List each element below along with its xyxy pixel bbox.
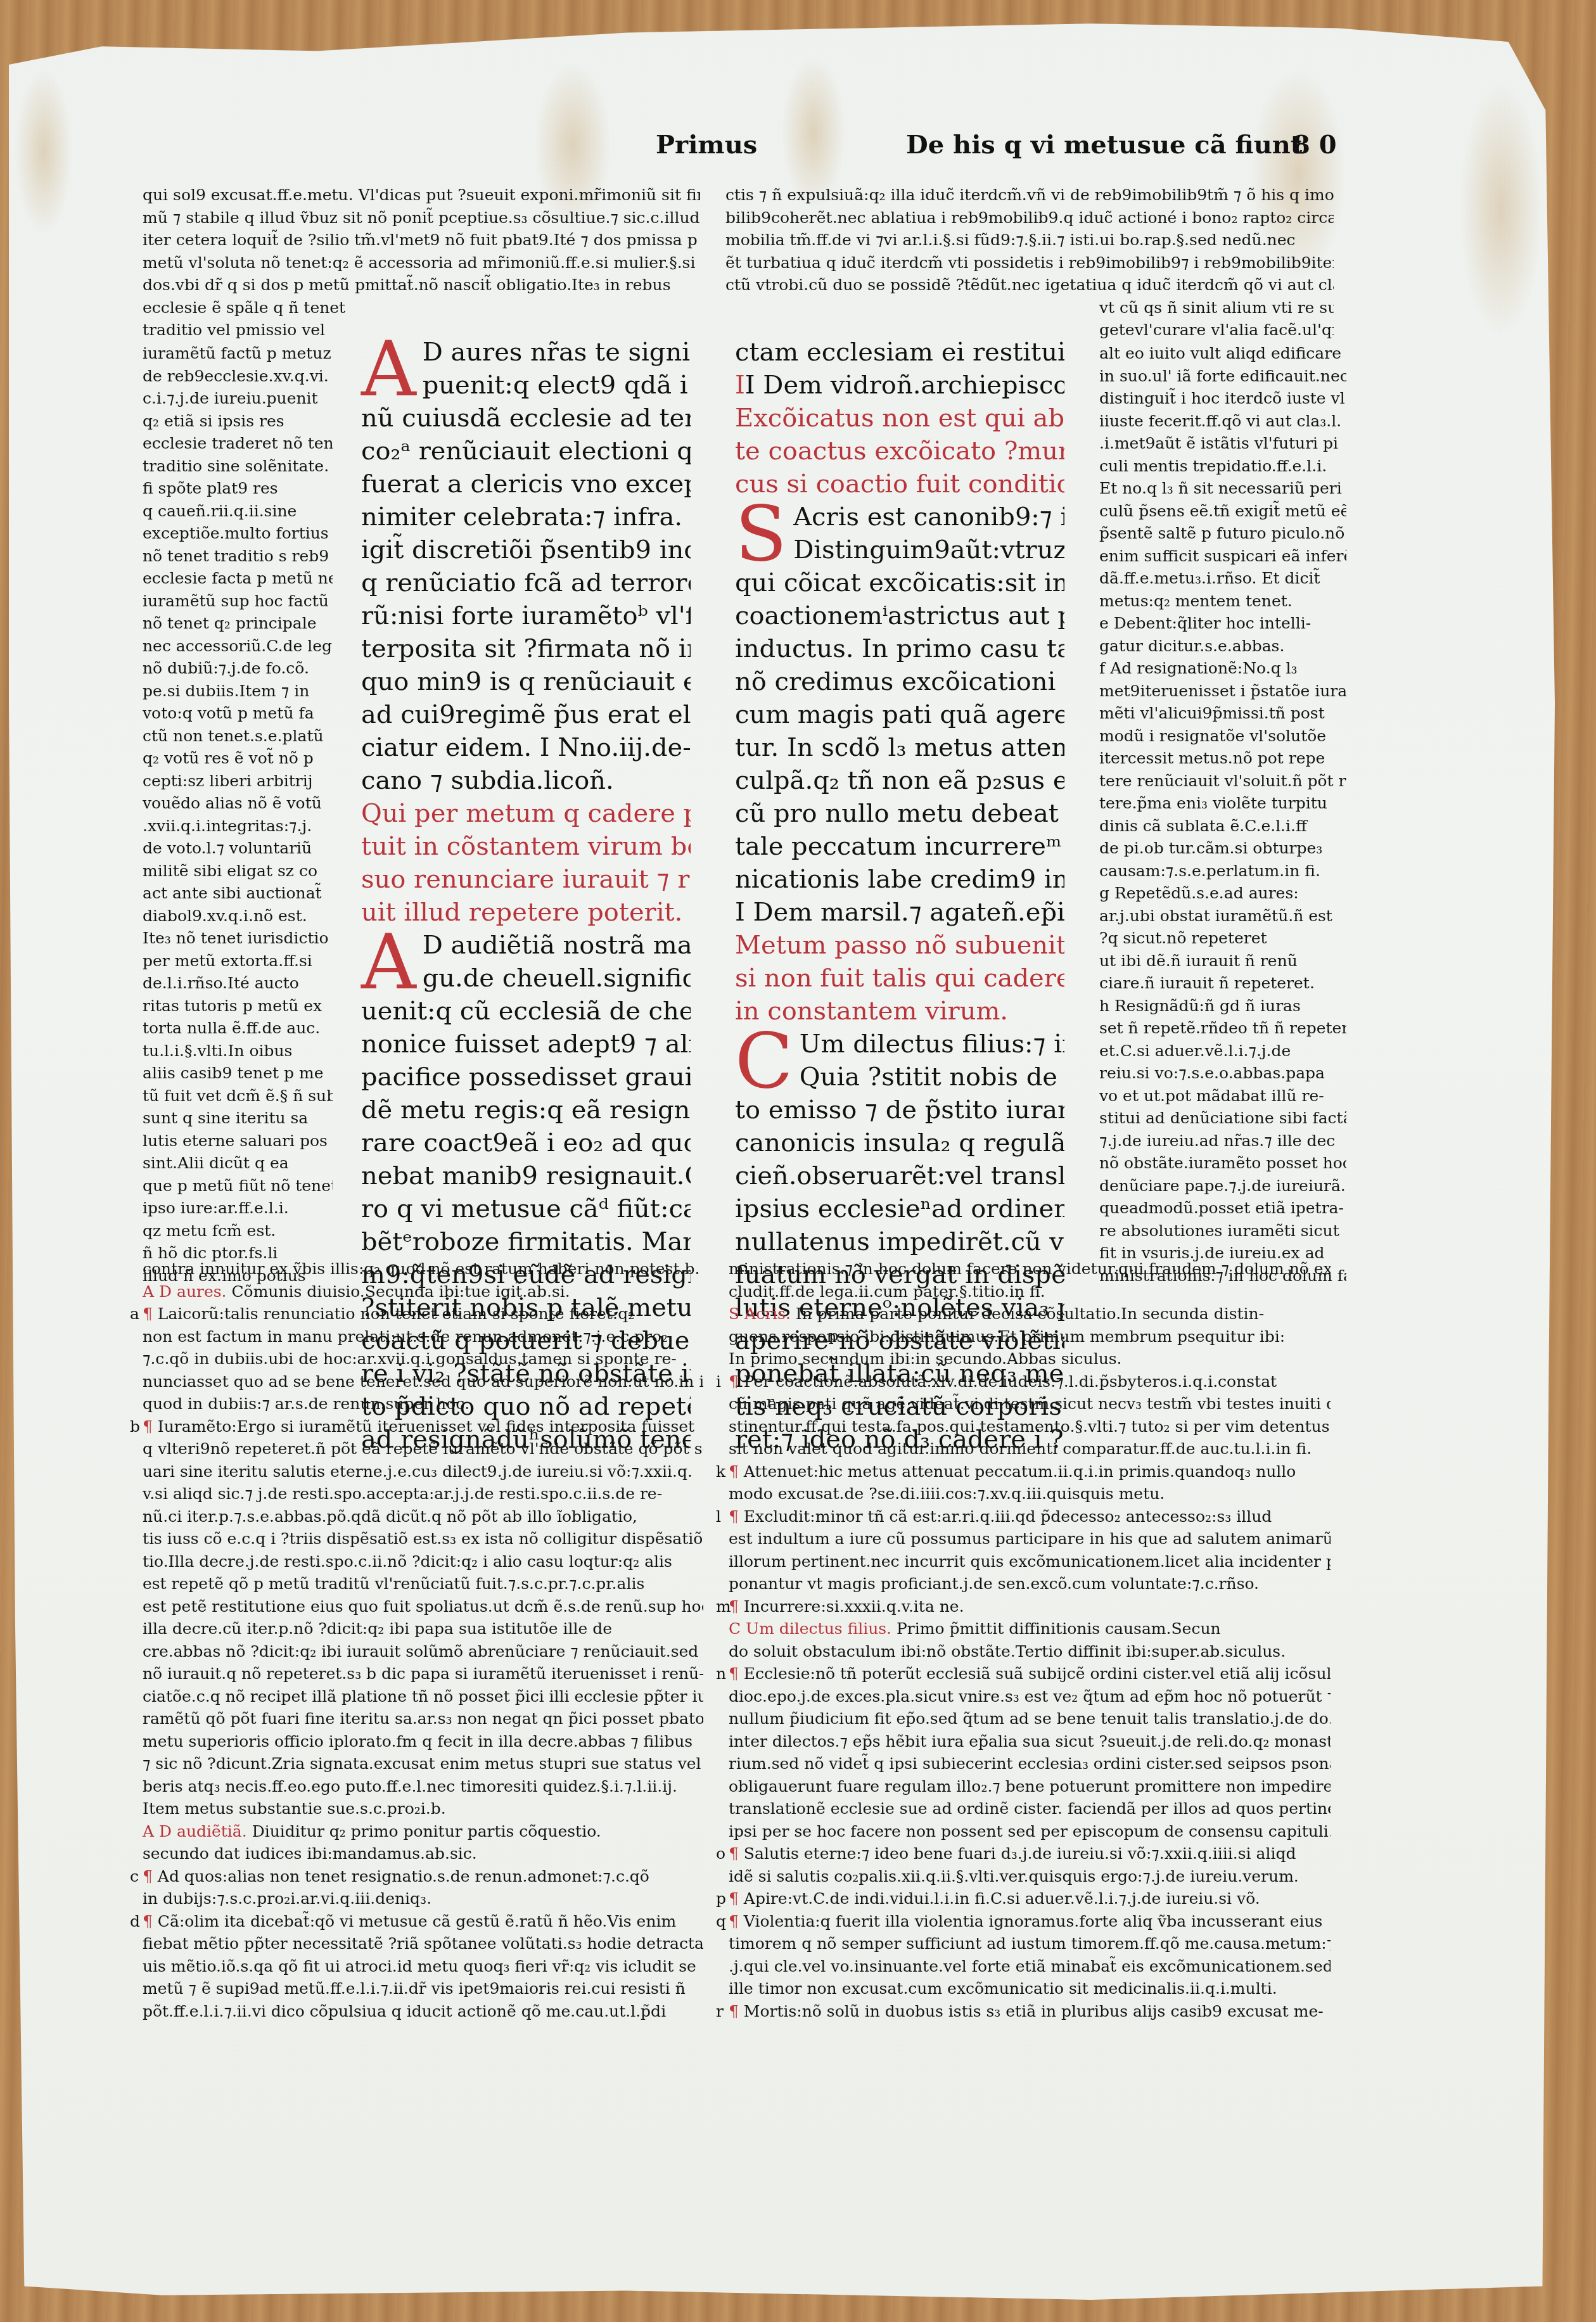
gloss-line: In primo secundum ibi:in secundo.Abbas s… — [716, 1348, 1331, 1370]
gloss-text: Ecclesie:nõ tñ poterũt ecclesiã suã subi… — [744, 1664, 1331, 1683]
gloss-line: illa decre.cũ iter.p.nõ ?dicit:q₂ ibi pa… — [130, 1617, 703, 1640]
text-line: de voto.l.⁊ voluntariũ — [143, 837, 333, 860]
text-line: terposita sit ?firmata nõ impedit — [361, 632, 691, 665]
gloss-line: A D audiẽtiã. Diuiditur q₂ primo ponitur… — [130, 1820, 703, 1843]
section-ad-aures: A D aures nr̃as te significãtepuenit:q e… — [361, 336, 691, 797]
gloss-line: contra innuitur ex ṽbis illis:q₂ quod nõ… — [130, 1258, 703, 1280]
pilcrow-icon: ¶ — [729, 2002, 744, 2020]
gloss-line: ponantur vt magis proficiant.j.de sen.ex… — [716, 1572, 1331, 1595]
text-line: tere.p̃ma eni₃ violẽte turpitu — [1099, 792, 1346, 815]
text-line: de pi.ob tur.cãm.si obturpe₃ — [1099, 837, 1346, 860]
text-line: nullatenus impedirẽt.cũ vtrunq₃ — [735, 1225, 1064, 1258]
text-line: ecclesie traderet nõ tenet — [143, 432, 333, 455]
text-line: cieñ.obseruarẽt:vel translationẽ — [735, 1159, 1064, 1192]
gloss-marker: d — [130, 1910, 143, 1933]
gloss-line: nullum p̃iudicium fit ep̃o.sed q̃tum ad … — [716, 1707, 1331, 1730]
running-head-left: Primus — [656, 130, 757, 160]
text-line: in suo.ul' iã forte edificauit.nec — [1099, 365, 1346, 388]
rubric-heading: Metum passo nõ subuenitursi non fuit tal… — [735, 929, 1064, 1028]
text-line: nebat manib9 resignauit.Q₂ ve- — [361, 1159, 691, 1192]
gloss-line: o¶ Salutis eterne:⁊ ideo bene fuari d₃.j… — [716, 1842, 1331, 1865]
gloss-line: .j.qui cle.vel vo.insinuante.vel forte e… — [716, 1955, 1331, 1978]
gloss-text: est indultum a iure cũ possumus particip… — [729, 1529, 1331, 1548]
gloss-text: Excludit:minor tñ cã est:ar.ri.q.iii.qd … — [744, 1507, 1272, 1526]
text-line: inductus. In primo casu talem — [735, 632, 1064, 665]
text-line: q₂ votũ res ẽ vot̃ nõ p — [143, 747, 333, 770]
pilcrow-icon: ¶ — [729, 1844, 744, 1863]
text-line: nicationis labe credim9 inqnari. — [735, 863, 1064, 896]
gloss-line: tis iuss cõ e.c.q i ?triis dispẽsatiõ es… — [130, 1528, 703, 1550]
text-line: D audiẽtiã nostrã magistro — [423, 929, 691, 962]
gloss-marker: o — [716, 1842, 729, 1865]
text-line: pacifice possedisset grauissimo tã — [361, 1061, 691, 1094]
rubricated-initial: S — [735, 503, 787, 566]
gloss-marker: b — [130, 1415, 143, 1438]
text-line: dã.ff.e.metu₃.i.rñso. Et dicit̃ — [1099, 567, 1346, 590]
text-line: cano ⁊ subdia.licoñ. — [361, 764, 691, 797]
gloss-line: ctis ⁊ ñ expulsiuã:q₂ illa iduc̃ iterdcm… — [725, 184, 1334, 207]
gloss-top-left: qui sol9 excusat.ff.e.metu. Vl'dicas put… — [143, 184, 700, 341]
gloss-line: iter cetera loquit̃ de ?silio tm̃.vl'met… — [143, 229, 700, 252]
text-line: nimiter celebrata:⁊ infra. Tue — [361, 501, 691, 533]
text-line: suo renunciare iurauit ⁊ renũcia- — [361, 863, 691, 896]
gloss-marker: l — [716, 1505, 729, 1528]
gloss-text: timorem q nõ semper sufficiunt ad iustum… — [729, 1934, 1331, 1953]
text-line: ciare.ñ iurauit ñ repeteret. — [1099, 972, 1346, 995]
gloss-line: ciatõe.c.q nõ recipet illã platione tñ n… — [130, 1685, 703, 1708]
gloss-text: Item metus substantie sue.s.c.pro₂i.b. — [143, 1799, 446, 1818]
text-line: g Repetẽdũ.s.e.ad aures: — [1099, 882, 1346, 905]
gloss-text: nõ iurauit.q nõ repeteret.s₃ b dic papa … — [143, 1664, 703, 1683]
gloss-line: rium.sed nõ videt̃ q ipsi subiecerint ec… — [716, 1752, 1331, 1775]
gloss-text: cludit.ff.de lega.ii.cum pater.§.titio.i… — [729, 1282, 1045, 1301]
text-line: fi spõte plat9 res — [143, 477, 333, 500]
gloss-line: metu superioris officio iplorato.fm q fe… — [130, 1730, 703, 1753]
gloss-text: ponantur vt magis proficiant.j.de sen.ex… — [729, 1574, 1259, 1593]
text-line: de reb9ecclesie.xv.q.vi. — [143, 365, 333, 388]
text-line: nõ tenet q₂ principale — [143, 612, 333, 635]
text-line: canonicis insula₂ q regulã cister — [735, 1126, 1064, 1159]
text-line: p̃sentẽ saltẽ p futuro piculo.nõ — [1099, 522, 1346, 545]
gloss-line: uari sine iteritu salutis eterne.j.e.cu₃… — [130, 1460, 703, 1483]
gloss-line: inter dilectos.⁊ ep̃s hẽbit iura ep̃alia… — [716, 1730, 1331, 1753]
gloss-line: i¶ Per coactionẽ:absolutã.xlv.di.de iude… — [716, 1370, 1331, 1393]
text-line: itercessit metus.nõ pot repe — [1099, 747, 1346, 770]
text-line: iuramẽtũ sup hoc factũ — [143, 590, 333, 613]
gloss-line: in dubijs:⁊.s.c.pro₂i.ar.vi.q.iii.deniq₃… — [130, 1887, 703, 1910]
text-line: e Debent:q̃liter hoc intelli- — [1099, 612, 1346, 635]
gloss-line: cũ magis pati quã agẽ videat̃.vi.di.test… — [716, 1393, 1331, 1415]
rubricated-initial: A — [361, 931, 416, 995]
gloss-text: Laicorũ:talis renunciatio non tenet etia… — [158, 1305, 634, 1323]
text-line: set ñ repetẽ.rñdeo tñ ñ repeter. — [1099, 1017, 1346, 1040]
gloss-text: do soluit obstaculum ibi:nõ obstãte.Tert… — [729, 1642, 1286, 1661]
text-line: reiu.si vo:⁊.s.e.o.abbas.papa — [1099, 1062, 1346, 1085]
text-line: cũ pro nullo metu debeat qs mo₂ — [735, 797, 1064, 830]
gloss-line: est indultum a iure cũ possumus particip… — [716, 1528, 1331, 1550]
pilcrow-icon: ¶ — [729, 1597, 744, 1616]
text-line: rũ:nisi forte iuramẽtoᵇ vl'fide in- — [361, 599, 691, 632]
text-line: enim sufficit suspicari eã inferẽ- — [1099, 545, 1346, 568]
gloss-marker: a — [130, 1303, 143, 1325]
text-line: Et no.q l₃ ñ sit necessariũ peri — [1099, 477, 1346, 500]
gloss-line: fiebat mẽtio pp̃ter necessitatẽ ?riã spõ… — [130, 1932, 703, 1955]
gloss-text: ipsi per se hoc facere non possent sed p… — [729, 1822, 1331, 1840]
text-line: stitui ad denũciatione sibi factã — [1099, 1107, 1346, 1130]
gloss-line: mũ ⁊ stabile q illud ṽbuz sit nõ ponit̃ … — [143, 207, 700, 229]
text-line: qz metu fcm̃ est. — [143, 1220, 333, 1242]
gloss-line: metũ vl'soluta nõ tenet:q₂ ẽ accessoria … — [143, 252, 700, 274]
gloss-rubric-head: A D aures. — [143, 1282, 231, 1301]
text-line: mẽti vl'alicui9p̃missi.tñ post — [1099, 702, 1346, 725]
text-line: tere renũciauit vl'soluit.ñ põt repe — [1099, 770, 1346, 793]
gloss-text: inter dilectos.⁊ ep̃s hẽbit iura ep̃alia… — [729, 1732, 1331, 1751]
gloss-line: l¶ Excludit:minor tñ cã est:ar.ri.q.iii.… — [716, 1505, 1331, 1528]
gloss-text: Mortis:nõ solũ in duobus istis s₃ etiã i… — [744, 2002, 1324, 2020]
text-line: culpã.q₂ tñ non eã p₂sus excluditˡ — [735, 764, 1064, 797]
text-line: ctam ecclesiam ei restitui faciatis. — [735, 336, 1064, 369]
gloss-line: ⁊.c.qõ in dubiis.ubi de hoc:ar.xvii.q.i.… — [130, 1348, 703, 1370]
text-line: iiuste fecerit.ff.qõ vi aut cla₃.l. — [1099, 410, 1346, 433]
text-line: Qui per metum q cadere po- — [361, 797, 691, 830]
text-line: modũ i resignatõe vl'solutõe — [1099, 725, 1346, 748]
text-line: si non fuit talis qui cadere potuit — [735, 962, 1064, 995]
gloss-text: Ad quos:alias non tenet resignatio.s.de … — [158, 1867, 649, 1885]
text-line: Excõicatus non est qui absolu — [735, 402, 1064, 435]
gloss-line: sit non valet quod agitur.immo dormienti… — [716, 1438, 1331, 1460]
gloss-line: timorem q nõ semper sufficiunt ad iustum… — [716, 1932, 1331, 1955]
text-line: cepti:sz liberi arbitrij — [143, 770, 333, 793]
gloss-line: p¶ Apire:vt.C.de indi.vidui.l.i.in fi.C.… — [716, 1887, 1331, 1910]
gloss-marker: k — [716, 1460, 729, 1483]
gloss-text: idẽ si salutis co₂palis.xii.q.ii.§.vlti.… — [729, 1867, 1299, 1885]
gloss-line: c¶ Ad quos:alias non tenet resignatio.s.… — [130, 1865, 703, 1888]
gloss-text: .j.qui cle.vel vo.insinuante.vel forte e… — [729, 1957, 1331, 1975]
gloss-text: metu superioris officio iplorato.fm q fe… — [143, 1732, 693, 1751]
gloss-line: S Acris. In prima parte ponitur decisa c… — [716, 1303, 1331, 1325]
gloss-line: Item metus substantie sue.s.c.pro₂i.b. — [130, 1797, 703, 1820]
text-line: ad cui9regimẽ p̃us erat elect9:p̃ñ — [361, 698, 691, 731]
gloss-text: ciatõe.c.q nõ recipet illã platione tñ n… — [143, 1687, 703, 1706]
gloss-text: Per coactionẽ:absolutã.xlv.di.de iudeis:… — [744, 1372, 1277, 1391]
gloss-line: do soluit obstaculum ibi:nõ obstãte.Tert… — [716, 1640, 1331, 1663]
gloss-rubric-head: A D audiẽtiã. — [143, 1822, 252, 1840]
gloss-line: ctũ vtrobi.cũ duo se possidẽ ?tẽdũt.nec … — [725, 274, 1334, 297]
gloss-text: nullum p̃iudicium fit ep̃o.sed q̃tum ad … — [729, 1709, 1331, 1728]
gloss-text: q vlteri9nõ repeteret.ñ põt eã repetẽ iu… — [143, 1439, 703, 1458]
text-line: q caueñ.rii.q.ii.sine — [143, 500, 333, 523]
text-line: per metũ extorta.ff.si — [143, 950, 333, 973]
text-line: rare coact9eã i eo₂ ad quosᶜperti — [361, 1126, 691, 1159]
gloss-text: ministrationis.⁊ in hoc dolum facere non… — [729, 1260, 1331, 1278]
text-line: sunt q sine iteritu sa — [143, 1107, 333, 1130]
gloss-text: v.si aliqd sic.⁊ j.de resti.spo.accepta:… — [143, 1484, 662, 1503]
gloss-line: ministrationis.⁊ in hoc dolum facere non… — [716, 1258, 1331, 1280]
gloss-text: Cã:olim ita dicebat̃:qõ vi metusue cã ge… — [158, 1912, 676, 1930]
gloss-line: r¶ Mortis:nõ solũ in duobus istis s₃ eti… — [716, 2000, 1331, 2023]
gloss-line: q vlteri9nõ repeteret.ñ põt eã repetẽ iu… — [130, 1438, 703, 1460]
text-line: ut ibi dẽ.ñ iurauit ñ renũ — [1099, 950, 1346, 973]
text-line: cum magis pati quã agere videa — [735, 698, 1064, 731]
gloss-text: sit non valet quod agitur.immo dormienti… — [729, 1439, 1312, 1458]
gloss-line: n¶ Ecclesie:nõ tñ poterũt ecclesiã suã s… — [716, 1662, 1331, 1685]
text-line: nec accessoriũ.C.de leg. — [143, 635, 333, 658]
gloss-text: cre.abbas nõ ?dicit:q₂ ibi iurauit solũm… — [143, 1642, 698, 1661]
text-line: bẽtᵉroboze firmitatis. Manda — [361, 1225, 691, 1258]
rubric-heading: Excõicatus non est qui absolute coactus … — [735, 402, 1064, 501]
gloss-line: est petẽ restitutione eius quo fuit spol… — [130, 1595, 703, 1618]
gloss-line: quod in dubiis:⁊ ar.s.de renun.super hoc… — [130, 1393, 703, 1415]
gloss-text: nũ.ci iter.p.⁊.s.e.abbas.põ.qdã dicũt.q … — [143, 1507, 637, 1526]
gloss-text: est repetẽ qõ p metũ traditũ vl'renũciat… — [143, 1574, 644, 1593]
text-line: vo et ut.pot mãdabat illũ re- — [1099, 1085, 1346, 1107]
gloss-line: nũ.ci iter.p.⁊.s.e.abbas.põ.qdã dicũt.q … — [130, 1505, 703, 1528]
gloss-line: m¶ Incurrere:si.xxxii.q.v.ita ne. — [716, 1595, 1331, 1618]
gloss-text: quod in dubiis:⁊ ar.s.de renun.super hoc… — [143, 1394, 469, 1413]
text-line: denũciare pape.⁊.j.de iureiurã. — [1099, 1175, 1346, 1197]
text-line: Acris est canonib9:⁊ infra. — [793, 501, 1064, 533]
text-line: aliis casib9 tenet p me — [143, 1062, 333, 1085]
gloss-line: translationẽ ecclesie sue ad ordinẽ cist… — [716, 1797, 1331, 1820]
gloss-line: tio.Illa decre.j.de resti.spo.c.ii.nõ ?d… — [130, 1550, 703, 1573]
gloss-text: ⁊ sic nõ ?dicunt.Zria signata.excusat en… — [143, 1754, 701, 1773]
text-line: metus:q₂ mentem tenet. — [1099, 590, 1346, 613]
pilcrow-icon: ¶ — [143, 1305, 158, 1323]
text-line: culũ p̃sens eẽ.tñ exigit̃ metũ eẽ — [1099, 500, 1346, 523]
gloss-line: ecclesie ẽ spãle q ñ tenet — [143, 297, 700, 319]
gloss-text: est petẽ restitutione eius quo fuit spol… — [143, 1597, 703, 1616]
gloss-line: uis mẽtio.iõ.s.qa qõ fit ui atroci.id me… — [130, 1955, 703, 1978]
text-line: re absolutiones iuramẽti sicut — [1099, 1220, 1346, 1242]
text-line: causam:⁊.s.e.perlatum.in fi. — [1099, 860, 1346, 883]
text-line: ipso iure:ar.ff.e.l.i. — [143, 1197, 333, 1220]
gloss-rubric-head: S Acris. — [729, 1305, 796, 1323]
text-line: tũ fuit vet dcm̃ ẽ.§ ñ sub — [143, 1085, 333, 1107]
pilcrow-icon: ¶ — [729, 1507, 744, 1526]
text-line: in constantem virum. — [735, 995, 1064, 1028]
gloss-left-margin: iuramẽtũ factũ p metuzde reb9ecclesie.xv… — [143, 342, 333, 1287]
text-line: uenit:q cũ ecclesiã de cheuell.ca- — [361, 995, 691, 1028]
gloss-text: secundo dat iudices ibi:mandamus.ab.sic. — [143, 1844, 477, 1863]
pilcrow-icon: ¶ — [729, 1372, 744, 1391]
gloss-line: nõ iurauit.q nõ repeteret.s₃ b dic papa … — [130, 1662, 703, 1685]
text-line: et.C.si aduer.vẽ.l.i.⁊.j.de — [1099, 1040, 1346, 1062]
text-line: ctũ non tenet.s.e.platũ — [143, 725, 333, 748]
gloss-line: cre.abbas nõ ?dicit:q₂ ibi iurauit solũm… — [130, 1640, 703, 1663]
gloss-marker: q — [716, 1910, 729, 1933]
text-line: iuramẽtũ factũ p metuz — [143, 342, 333, 365]
text-line: gu.de cheuell.significante p — [423, 962, 691, 995]
gloss-line: metũ ⁊ ẽ supi9ad metũ.ff.e.l.i.⁊.ii.dr̃ … — [130, 1977, 703, 2000]
gloss-text: Cõmunis diuisio.Secunda ibi:tue igit̃.ab… — [231, 1282, 570, 1301]
gloss-right-margin: alt eo iuito vult aliqd edificarein suo.… — [1099, 342, 1346, 1287]
pilcrow-icon: ¶ — [729, 1462, 744, 1481]
gloss-line: A D aures. Cõmunis diuisio.Secunda ibi:t… — [130, 1280, 703, 1303]
text-line: f Ad resignationẽ:No.q l₃ — [1099, 657, 1346, 680]
text-line: alt eo iuito vult aliqd edificare — [1099, 342, 1346, 365]
gloss-text: guens responsio ibi:distinguimus.Et prim… — [729, 1327, 1285, 1346]
gloss-text: In primo secundum ibi:in secundo.Abbas s… — [729, 1349, 1122, 1368]
gloss-line: q¶ Violentia:q fuerit illa violentia ign… — [716, 1910, 1331, 1933]
text-line: nõ dubiũ:⁊.j.de fo.cõ. — [143, 657, 333, 680]
rubricated-initial: A — [361, 338, 416, 402]
text-line: voto:q votũ p metũ fa — [143, 702, 333, 725]
foxing-stain — [1460, 82, 1542, 336]
text-line: puenit:q elect9 qdã i pleba- — [423, 369, 691, 402]
text-line: nonice fuisset adept9 ⁊ aliquã diu — [361, 1028, 691, 1061]
gloss-text: rium.sed nõ videt̃ q ipsi subiecerint ec… — [729, 1754, 1331, 1773]
gloss-rubric-head: C Um dilectus filius. — [729, 1619, 897, 1638]
gloss-text: metũ ⁊ ẽ supi9ad metũ.ff.e.l.i.⁊.ii.dr̃ … — [143, 1979, 686, 1998]
gloss-text: cũ magis pati quã agẽ videat̃.vi.di.test… — [729, 1394, 1331, 1413]
folio-number: 8 0 — [1293, 130, 1337, 160]
text-line: ro q vi metusue cãᵈ fiũt:carere de — [361, 1192, 691, 1225]
pilcrow-icon: ¶ — [729, 1912, 744, 1930]
text-line: tu.l.i.§.vlti.In oibus — [143, 1040, 333, 1062]
text-line: .i.met9aũt ẽ istãtis vl'futuri pi — [1099, 432, 1346, 455]
text-line: Ite₃ nõ tenet iurisdictio — [143, 927, 333, 950]
text-line: to emisso ⁊ de p̃stito iuramento a — [735, 1094, 1064, 1126]
text-line: uit illud repetere poterit. — [361, 896, 691, 929]
gloss-text: dioc.epo.j.de exces.pla.sicut vnire.s₃ e… — [729, 1687, 1331, 1706]
gloss-line: ipsi per se hoc facere non possent sed p… — [716, 1820, 1331, 1843]
gloss-line: est repetẽ qõ p metũ traditũ vl'renũciat… — [130, 1572, 703, 1595]
section-sacris: S Acris est canonib9:⁊ infra.Distinguim9… — [735, 501, 1064, 896]
gloss-text: modo excusat.de ?se.di.iiii.cos:⁊.xv.q.i… — [729, 1484, 1165, 1503]
pilcrow-icon: ¶ — [143, 1417, 158, 1436]
gloss-text: Attenuet:hic metus attenuat peccatum.ii.… — [744, 1462, 1296, 1481]
pilcrow-icon: ¶ — [143, 1912, 158, 1930]
text-line: coactionemⁱastrictus aut p metuz — [735, 599, 1064, 632]
text-line: fuerat a clericis vno excepto vna — [361, 468, 691, 501]
gloss-text: Violentia:q fuerit illa violentia ignora… — [744, 1912, 1323, 1930]
gloss-bottom-left: contra innuitur ex ṽbis illis:q₂ quod nõ… — [130, 1258, 703, 2022]
gloss-line: secundo dat iudices ibi:mandamus.ab.sic. — [130, 1842, 703, 1865]
gloss-text: Primo p̃mittit diffinitionis causam.Secu… — [897, 1619, 1221, 1638]
gloss-marker: r — [716, 2000, 729, 2023]
gloss-line: stinentur.ff.qui testa.fa.pos.qui testam… — [716, 1415, 1331, 1438]
gloss-marker: i — [716, 1370, 729, 1393]
text-line: met9iteruenisset i p̃statõe iura — [1099, 680, 1346, 703]
gloss-text: uis mẽtio.iõ.s.qa qõ fit ui atroci.id me… — [143, 1957, 696, 1975]
rubricated-initial: C — [735, 1030, 793, 1094]
gloss-text: ille timor non excusat.cum excõmunicatio… — [729, 1979, 1277, 1998]
gloss-line: dos.vbi dr̃ q si dos p metũ pmittat̃.nõ … — [143, 274, 700, 297]
text-line: exceptiõe.multo fortius — [143, 522, 333, 545]
gloss-line: bilib9coherẽt.nec ablatiua i reb9mobilib… — [725, 207, 1334, 229]
gloss-text: in dubijs:⁊.s.c.pro₂i.ar.vi.q.iii.deniq₃… — [143, 1889, 431, 1908]
gloss-line: a¶ Laicorũ:talis renunciatio non tenet e… — [130, 1303, 703, 1325]
text-line: tuit in cõstantem virum beneficio — [361, 830, 691, 863]
text-line: torta nulla ẽ.ff.de auc. — [143, 1017, 333, 1040]
foxing-stain — [15, 70, 72, 234]
gloss-bottom-right: ministrationis.⁊ in hoc dolum facere non… — [716, 1258, 1331, 2022]
text-line: Metum passo nõ subuenitur — [735, 929, 1064, 962]
text-line: q renũciatio fcã ad terrorẽ laico- — [361, 566, 691, 599]
text-line: Distinguim9aũt:vtruz is — [793, 533, 1064, 566]
gloss-line: b¶ Iuramẽto:Ergo si iuramẽtũ iteruenisse… — [130, 1415, 703, 1438]
gloss-line: illorum pertinent.nec incurrit quis excõ… — [716, 1550, 1331, 1573]
gloss-line: põt.ff.e.l.i.⁊.ii.vi dico cõpulsiua q id… — [130, 2000, 703, 2023]
pilcrow-icon: ¶ — [729, 1889, 744, 1908]
text-line: nũ cuiusdã ecclesie ad terrorẽ lai- — [361, 402, 691, 435]
text-line: lutis eterne saluari pos — [143, 1130, 333, 1152]
gloss-text: ⁊.c.qõ in dubiis.ubi de hoc:ar.xvii.q.i.… — [143, 1349, 677, 1368]
gloss-line: qui sol9 excusat.ff.e.metu. Vl'dicas put… — [143, 184, 700, 207]
gloss-text: beris atq₃ necis.ff.eo.ego puto.ff.e.l.n… — [143, 1777, 677, 1796]
text-line: h Resignãdũ:ñ gd ñ iuras — [1099, 995, 1346, 1017]
text-line: de.l.i.rñso.Ité aucto — [143, 972, 333, 995]
text-line: cus si coactio fuit conditionalis. — [735, 468, 1064, 501]
gloss-text: Apire:vt.C.de indi.vidui.l.i.in fi.C.si … — [744, 1889, 1260, 1908]
text-line: ar.j.ubi obstat iuramẽtũ.ñ est — [1099, 905, 1346, 928]
gloss-text: Salutis eterne:⁊ ideo bene fuari d₃.j.de… — [744, 1844, 1296, 1863]
gloss-line: d¶ Cã:olim ita dicebat̃:qõ vi metusue cã… — [130, 1910, 703, 1933]
gloss-marker: m — [716, 1595, 729, 1618]
text-line: D aures nr̃as te significãte — [423, 336, 691, 369]
gloss-text: põt.ff.e.l.i.⁊.ii.vi dico cõpulsiua q id… — [143, 2002, 666, 2020]
gloss-top-right: ctis ⁊ ñ expulsiuã:q₂ illa iduc̃ iterdcm… — [725, 184, 1334, 341]
text-line: q₂ etiã si ipsis res — [143, 410, 333, 433]
text-line: ⁊.j.de iureiu.ad nr̃as.⁊ ille dec — [1099, 1130, 1346, 1152]
gloss-line: ẽt turbatiua q iduc̃ iterdcm̃ vti possid… — [725, 252, 1334, 274]
text-line: traditio sine solẽnitate. — [143, 455, 333, 478]
gloss-line: dioc.epo.j.de exces.pla.sicut vnire.s₃ e… — [716, 1685, 1331, 1708]
text-line: queadmodũ.posset etiã ipetra- — [1099, 1197, 1346, 1220]
text-line: pe.si dubiis.Item ⁊ in — [143, 680, 333, 703]
text-line: Um dilectus filius:⁊ infra. — [800, 1028, 1064, 1061]
gloss-text: uari sine iteritu salutis eterne.j.e.cu₃… — [143, 1462, 693, 1481]
text-line: qui cõicat excõicatis:sit inuitus p — [735, 566, 1064, 599]
gloss-text: translationẽ ecclesie sue ad ordinẽ cist… — [729, 1799, 1331, 1818]
text-line: te coactus excõicato ?municat:se — [735, 435, 1064, 468]
gloss-text: obligauerunt fuare regulam illo₂.⁊ bene … — [729, 1777, 1331, 1796]
gloss-text: fiebat mẽtio pp̃ter necessitatẽ ?riã spõ… — [143, 1934, 703, 1953]
text-line: culi mentis trepidatio.ff.e.l.i. — [1099, 455, 1346, 478]
text-line: dẽ metu regis:q eã resignaret iu — [361, 1094, 691, 1126]
text-line: quo min9 is q renũciauit ecclesie: — [361, 665, 691, 698]
text-line: nõ credimus excõicationi teneri: — [735, 665, 1064, 698]
text-line: nõ obstãte.iuramẽto posset hoc — [1099, 1152, 1346, 1175]
gloss-line: modo excusat.de ?se.di.iiii.cos:⁊.xv.q.i… — [716, 1483, 1331, 1505]
gloss-text: tio.Illa decre.j.de resti.spo.c.ii.nõ ?d… — [143, 1552, 672, 1571]
text-line: co₂ᵃ renũciauit electioni q de ipso — [361, 435, 691, 468]
text-line: .xvii.q.i.integritas:⁊.j. — [143, 815, 333, 838]
gloss-text: nunciasset quo ad se bene teneret.sed qu… — [143, 1372, 703, 1391]
gloss-text: In prima parte ponitur decisa cõsultatio… — [796, 1305, 1264, 1323]
gloss-line: guens responsio ibi:distinguimus.Et prim… — [716, 1325, 1331, 1348]
gloss-line: obligauerunt fuare regulam illo₂.⁊ bene … — [716, 1775, 1331, 1798]
gloss-line: k¶ Attenuet:hic metus attenuat peccatum.… — [716, 1460, 1331, 1483]
gloss-text: illa decre.cũ iter.p.nõ ?dicit:q₂ ibi pa… — [143, 1619, 612, 1638]
text-line: ?q sicut.nõ repeteret — [1099, 927, 1346, 950]
text-line: tale peccatum incurrereᵐ excõmu — [735, 830, 1064, 863]
text-line: diabol9.xv.q.i.nõ est. — [143, 905, 333, 928]
gloss-line: ⁊ sic nõ ?dicunt.Zria signata.excusat en… — [130, 1752, 703, 1775]
pilcrow-icon: ¶ — [143, 1867, 158, 1885]
text-line: ritas tutoris p metũ ex — [143, 995, 333, 1017]
text-line: nõ tenet traditio s reb9 — [143, 545, 333, 568]
gloss-marker: c — [130, 1865, 143, 1888]
text-line: ipsius ecclesieⁿad ordinem illorũ — [735, 1192, 1064, 1225]
running-title: De his q vi metusue cã fiunt — [906, 130, 1302, 160]
text-line: vouẽdo alias nõ ẽ votũ — [143, 792, 333, 815]
rubric-heading: Qui per metum q cadere po-tuit in cõstan… — [361, 797, 691, 929]
text-line: ecclesie facta p metũ nec — [143, 567, 333, 590]
text-line: que p metũ fiũt nõ tenet — [143, 1175, 333, 1197]
gloss-text: stinentur.ff.qui testa.fa.pos.qui testam… — [729, 1417, 1330, 1436]
gloss-line: non est factum in manu prelati:ut.s.de r… — [130, 1325, 703, 1348]
